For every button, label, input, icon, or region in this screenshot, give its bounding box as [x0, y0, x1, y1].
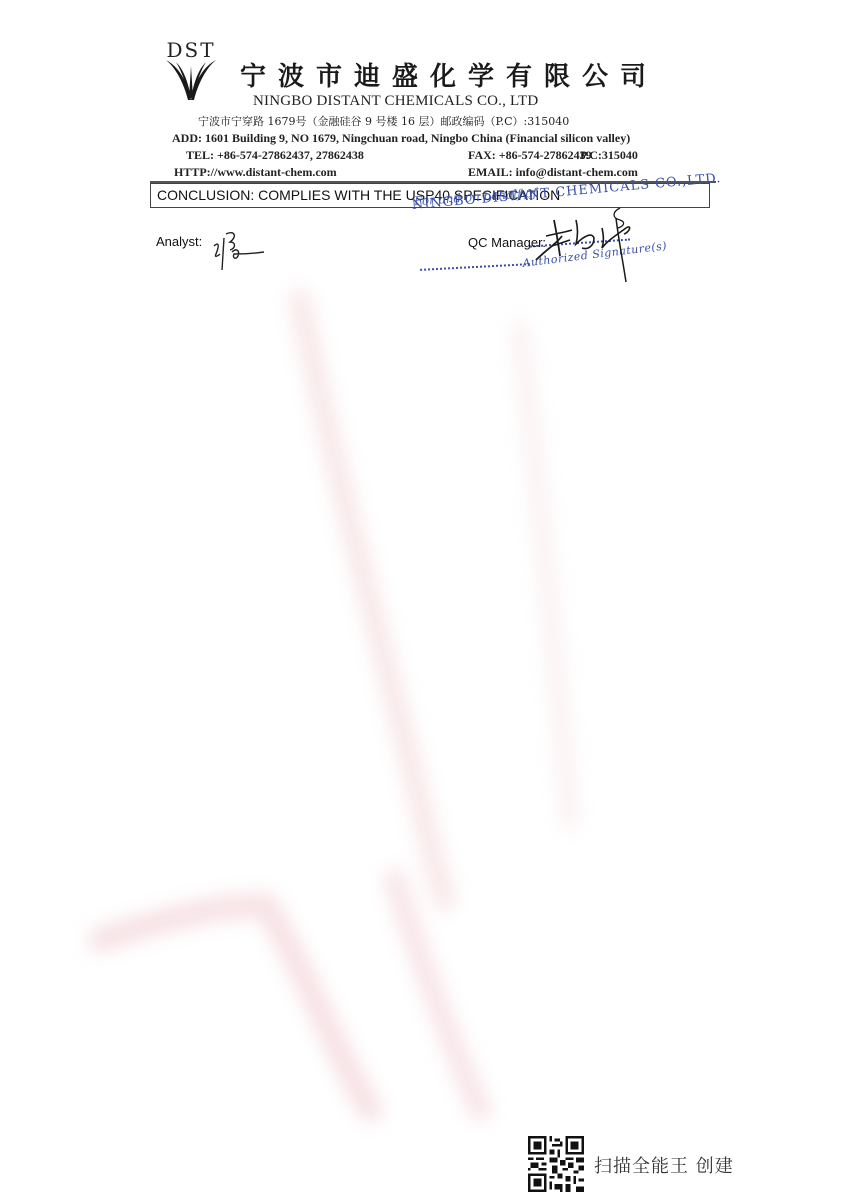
stamp-dotted-line — [420, 263, 530, 271]
address-en: ADD: 1601 Building 9, NO 1679, Ningchuan… — [172, 131, 630, 146]
company-name-cn: 宁波市迪盛化学有限公司 — [240, 56, 658, 93]
qr-code-icon — [528, 1136, 584, 1192]
fax: FAX: +86-574-27862439 — [468, 148, 592, 163]
wheat-logo-icon — [164, 58, 218, 102]
qc-manager-label: QC Manager: — [468, 235, 546, 250]
email: EMAIL: info@distant-chem.com — [468, 165, 638, 180]
company-name-en: NINGBO DISTANT CHEMICALS CO., LTD — [253, 93, 538, 110]
scan-streak — [0, 0, 849, 1200]
postcode: P.C:315040 — [580, 148, 638, 163]
analyst-label: Analyst: — [156, 234, 202, 249]
company-logo: DST — [160, 38, 222, 102]
watermark-text: 扫描全能王 创建 — [594, 1152, 734, 1178]
address-cn: 宁波市宁穿路 1679号（金融硅谷 9 号楼 16 层）邮政编码（P.C）:31… — [198, 113, 569, 129]
analyst-signature — [206, 224, 276, 274]
telephone: TEL: +86-574-27862437, 27862438 — [186, 148, 364, 163]
website: HTTP://www.distant-chem.com — [174, 165, 337, 180]
